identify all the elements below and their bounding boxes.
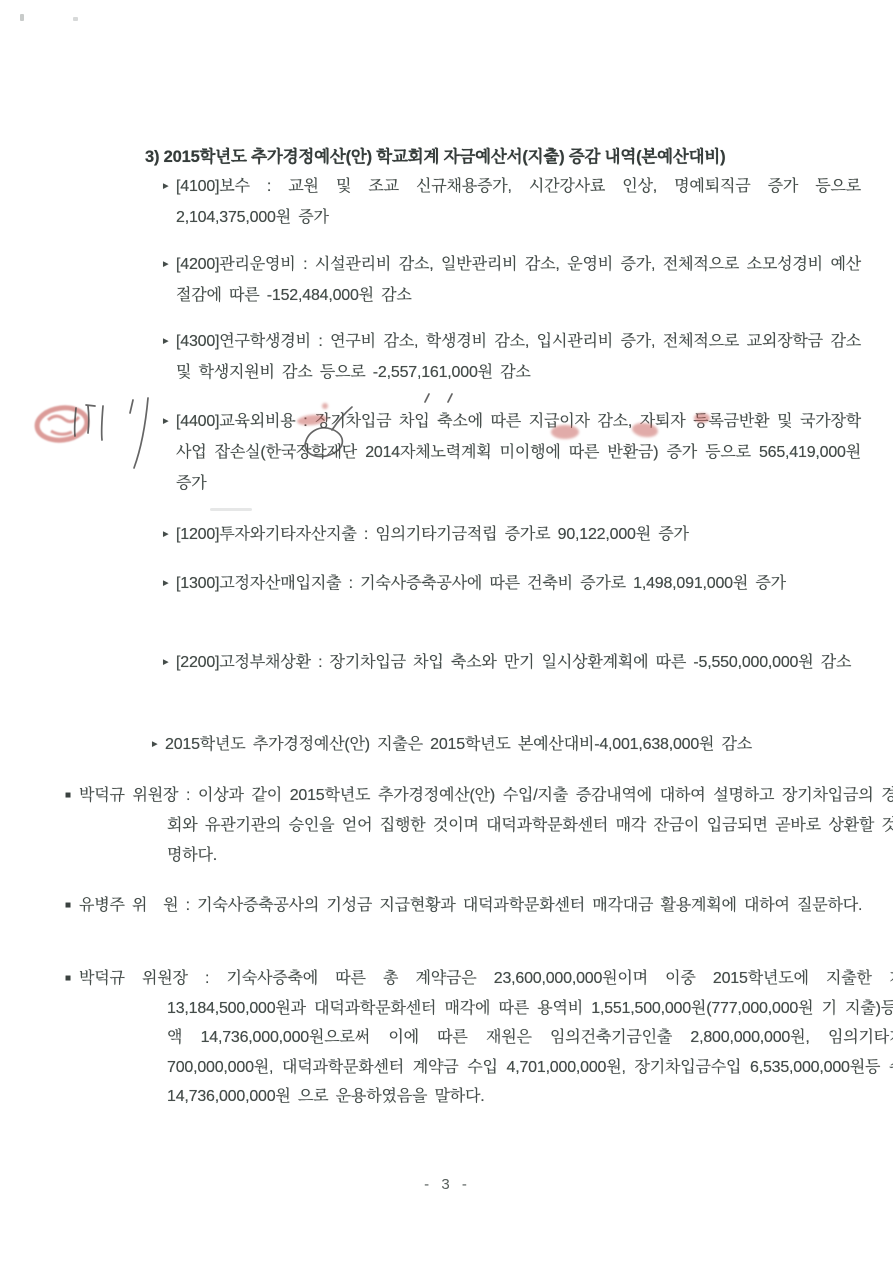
budget-item-text: [1300]고정자산매입지출 : 기숙사증축공사에 따른 건축비 증가로 1,4…: [176, 575, 786, 592]
speaker-statement: 이상과 같이 2015학년도 추가경정예산(안) 수입/지출 증감내역에 대하여…: [167, 787, 893, 864]
speaker-block-yubyeongju: ■유병주 위 원 : 기숙사증축공사의 기성금 지급현황과 대덕과학문화센터 매…: [65, 891, 893, 921]
budget-summary-text: 2015학년도 추가경정예산(안) 지출은 2015학년도 본예산대비-4,00…: [165, 736, 752, 753]
budget-item-4300: ▸[4300]연구학생경비 : 연구비 감소, 학생경비 감소, 입시관리비 증…: [163, 326, 861, 388]
budget-summary-line: ▸2015학년도 추가경정예산(안) 지출은 2015학년도 본예산대비-4,0…: [152, 729, 865, 760]
budget-item-text: [4200]관리운영비 : 시설관리비 감소, 일반관리비 감소, 운영비 증가…: [176, 256, 861, 304]
budget-item-text: [2200]고정부채상환 : 장기차입금 차입 축소와 만기 일시상환계획에 따…: [176, 654, 851, 671]
speaker-name: 유병주 위 원: [79, 897, 178, 914]
section-heading: 3) 2015학년도 추가경정예산(안) 학교회계 자금예산서(지출) 증감 내…: [145, 143, 865, 167]
speaker-name: 박덕규 위원장: [79, 970, 188, 987]
speaker-statement: 기숙사증축에 따른 총 계약금은 23,600,000,000원이며 이중 20…: [167, 970, 893, 1105]
budget-item-text: [4400]교육외비용 : 장기차입금 차입 축소에 따른 지급이자 감소, 자…: [176, 413, 861, 492]
budget-item-4200: ▸[4200]관리운영비 : 시설관리비 감소, 일반관리비 감소, 운영비 증…: [163, 249, 861, 311]
budget-item-text: [1200]투자와기타자산지출 : 임의기타기금적립 증가로 90,122,00…: [176, 526, 689, 543]
bullet-triangle-icon: ▸: [163, 568, 176, 599]
bullet-triangle-icon: ▸: [163, 171, 176, 202]
budget-item-2200: ▸[2200]고정부채상환 : 장기차입금 차입 축소와 만기 일시상환계획에 …: [163, 647, 861, 678]
speaker-block-parkdeokgyu-2: ■박덕규 위원장 : 기숙사증축에 따른 총 계약금은 23,600,000,0…: [65, 964, 893, 1112]
speaker-colon: :: [178, 897, 197, 914]
bullet-triangle-icon: ▸: [163, 519, 176, 550]
budget-item-4100: ▸[4100]보수 : 교원 및 조교 신규채용증가, 시간강사료 인상, 명예…: [163, 171, 861, 233]
budget-item-text: [4300]연구학생경비 : 연구비 감소, 학생경비 감소, 입시관리비 증가…: [176, 333, 861, 381]
square-bullet-icon: ■: [65, 964, 79, 994]
bullet-triangle-icon: ▸: [163, 326, 176, 357]
budget-item-1300: ▸[1300]고정자산매입지출 : 기숙사증축공사에 따른 건축비 증가로 1,…: [163, 568, 861, 599]
bullet-triangle-icon: ▸: [163, 647, 176, 678]
speaker-colon: :: [188, 970, 227, 987]
speaker-block-parkdeokgyu-1: ■박덕규 위원장 : 이상과 같이 2015학년도 추가경정예산(안) 수입/지…: [65, 781, 893, 871]
scan-noise-dot: [73, 17, 78, 21]
speaker-colon: :: [178, 787, 198, 804]
bullet-triangle-icon: ▸: [152, 729, 165, 760]
red-seal-stamp-icon: [35, 405, 89, 443]
square-bullet-icon: ■: [65, 781, 79, 811]
square-bullet-icon: ■: [65, 891, 79, 921]
budget-item-text: [4100]보수 : 교원 및 조교 신규채용증가, 시간강사료 인상, 명예퇴…: [176, 178, 861, 226]
document-page: 3) 2015학년도 추가경정예산(안) 학교회계 자금예산서(지출) 증감 내…: [0, 0, 893, 1264]
speaker-statement: 기숙사증축공사의 기성금 지급현황과 대덕과학문화센터 매각대금 활용계획에 대…: [197, 897, 862, 914]
scan-noise-mark: [210, 508, 252, 511]
budget-item-1200: ▸[1200]투자와기타자산지출 : 임의기타기금적립 증가로 90,122,0…: [163, 519, 861, 550]
speaker-name: 박덕규 위원장: [79, 787, 178, 804]
scan-noise-dot: [20, 14, 24, 21]
bullet-triangle-icon: ▸: [163, 406, 176, 437]
budget-item-4400: ▸[4400]교육외비용 : 장기차입금 차입 축소에 따른 지급이자 감소, …: [163, 406, 861, 499]
bullet-triangle-icon: ▸: [163, 249, 176, 280]
page-number: - 3 -: [0, 1176, 893, 1193]
